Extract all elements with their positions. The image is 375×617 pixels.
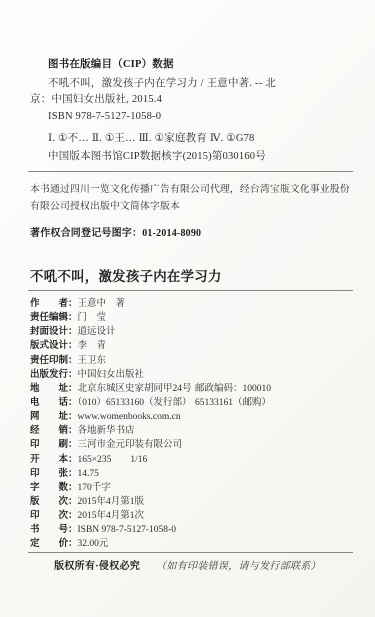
row-value: 道远设计 (78, 327, 116, 337)
row-label: 定 价： (30, 539, 78, 549)
divider-bottom (28, 552, 353, 553)
cip-title-line: 不吼不叫，激发孩子内在学习力 / 王意中著. -- 北 (30, 76, 355, 93)
row-label: 作 者： (30, 299, 78, 309)
colophon-row-printer: 印 刷：三河市金元印装有限公司 (30, 438, 355, 452)
row-value: 中国妇女出版社 (78, 370, 145, 380)
row-value-secondary: 邮政编码：100010 (195, 382, 271, 396)
colophon-row-edition: 版 次：2015年4月第1版 (30, 495, 355, 509)
divider-top (28, 171, 353, 172)
colophon-row-format: 开 本：165×235 1/16 (30, 453, 355, 467)
row-label: 网 址： (30, 412, 78, 422)
copyright-page: 图书在版编目（CIP）数据 不吼不叫，激发孩子内在学习力 / 王意中著. -- … (0, 0, 375, 617)
book-title: 不吼不叫，激发孩子内在学习力 (30, 266, 222, 285)
copyright-registration-number: 著作权合同登记号图字：01-2014-8090 (30, 224, 201, 239)
divider-title (28, 290, 353, 291)
row-value: 三河市金元印装有限公司 (78, 440, 183, 450)
colophon-row-editor: 责任编辑：门 莹 (30, 311, 355, 325)
row-value: 2015年4月第1版 (78, 497, 145, 507)
cip-classification-line: Ⅰ. ①不… Ⅱ. ①王… Ⅲ. ①家庭教育 Ⅳ. ①G78 (30, 131, 355, 148)
colophon-row-layout-design: 版式设计：李 青 (30, 339, 355, 353)
license-agency-note: 本书通过四川一览文化传播广告有限公司代理，经台湾宝瓶文化事业股份有限公司授权出版… (30, 182, 356, 215)
row-label: 字 数： (30, 483, 78, 493)
row-label: 地 址： (30, 384, 78, 394)
row-label: 印 次： (30, 511, 78, 521)
row-value: 李 青 (78, 341, 107, 351)
colophon-row-word-count: 字 数：170千字 (30, 481, 355, 495)
row-value: 北京东城区史家胡同甲24号 (78, 384, 192, 394)
row-label: 责任编辑： (30, 313, 78, 323)
cip-isbn-line: ISBN 978-7-5127-1058-0 (30, 109, 355, 126)
row-label: 封面设计： (30, 327, 78, 337)
colophon-table: 作 者：王意中 著 责任编辑：门 莹 封面设计：道远设计 版式设计：李 青 责任… (30, 297, 355, 552)
row-label: 印 张： (30, 469, 78, 479)
row-value: 32.00元 (78, 539, 109, 549)
cip-block: 图书在版编目（CIP）数据 不吼不叫，激发孩子内在学习力 / 王意中著. -- … (30, 57, 355, 165)
row-value-secondary: 65133161（邮购） (195, 396, 271, 410)
row-label: 书 号： (30, 525, 78, 535)
row-label: 责任印制： (30, 356, 78, 366)
row-value: 170千字 (78, 483, 111, 493)
row-value: 王卫东 (78, 356, 107, 366)
colophon-row-price: 定 价：32.00元 (30, 537, 355, 551)
row-value: ISBN 978-7-5127-1058-0 (78, 525, 176, 535)
colophon-row-sheets: 印 张：14.75 (30, 467, 355, 481)
row-value: （010）65133160（发行部） (78, 398, 192, 408)
colophon-row-website: 网 址：www.womenbooks.com.cn (30, 410, 355, 424)
cip-publisher-line: 京：中国妇女出版社, 2015.4 (30, 92, 355, 109)
colophon-row-isbn: 书 号：ISBN 978-7-5127-1058-0 (30, 523, 355, 537)
row-value: 王意中 著 (78, 299, 126, 309)
colophon-row-distributor: 经 销：各地新华书店 (30, 424, 355, 438)
row-value: 各地新华书店 (78, 426, 135, 436)
colophon-row-publisher: 出版发行：中国妇女出版社 (30, 368, 355, 382)
footer: 版权所有·侵权必究 （如有印装错误，请与发行部联系） (0, 557, 375, 572)
colophon-row-phone: 电 话：（010）65133160（发行部）65133161（邮购） (30, 396, 355, 410)
row-label: 印 刷： (30, 440, 78, 450)
row-value: 门 莹 (78, 313, 107, 323)
error-contact-note: （如有印装错误，请与发行部联系） (156, 557, 321, 572)
colophon-row-impression: 印 次：2015年4月第1次 (30, 509, 355, 523)
row-label: 版式设计： (30, 341, 78, 351)
colophon-row-print-supervisor: 责任印制：王卫东 (30, 354, 355, 368)
copyright-notice: 版权所有·侵权必究 (54, 557, 140, 572)
row-label: 开 本： (30, 455, 78, 465)
row-value: 14.75 (78, 469, 99, 479)
colophon-row-author: 作 者：王意中 著 (30, 297, 355, 311)
row-label: 版 次： (30, 497, 78, 507)
cip-header: 图书在版编目（CIP）数据 (30, 57, 355, 74)
row-label: 经 销： (30, 426, 78, 436)
colophon-row-cover-design: 封面设计：道远设计 (30, 325, 355, 339)
row-value: 2015年4月第1次 (78, 511, 145, 521)
row-value: 165×235 1/16 (78, 455, 148, 465)
colophon-row-address: 地 址：北京东城区史家胡同甲24号邮政编码：100010 (30, 382, 355, 396)
row-label: 电 话： (30, 398, 78, 408)
row-label: 出版发行： (30, 370, 78, 380)
row-value: www.womenbooks.com.cn (78, 412, 181, 422)
cip-record-number: 中国版本图书馆CIP数据核字(2015)第030160号 (30, 149, 355, 166)
